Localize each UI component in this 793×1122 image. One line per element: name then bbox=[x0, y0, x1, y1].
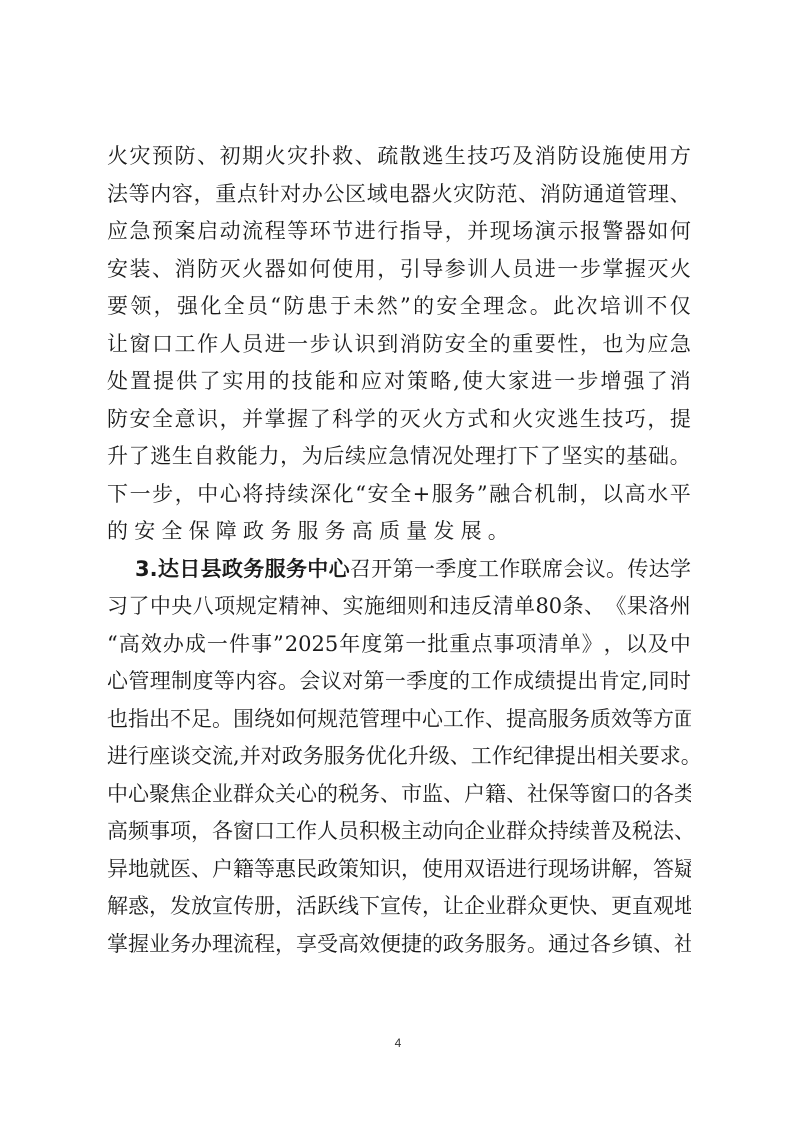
section-heading: 3.达日县政务服务中心 bbox=[135, 557, 350, 581]
document-page: 火灾预防、初期火灾扑救、疏散逃生技巧及消防设施使用方 法等内容，重点针对办公区域… bbox=[0, 0, 793, 1122]
text-line: 掌握业务办理流程，享受高效便捷的政务服务。通过各乡镇、社 bbox=[107, 926, 691, 964]
paragraph-darri-meeting: 3.达日县政务服务中心召开第一季度工作联席会议。传达学 习了中央八项规定精神、实… bbox=[107, 551, 691, 964]
text-line: 让窗口工作人员进一步认识到消防安全的重要性，也为应急 bbox=[107, 326, 691, 364]
text-line: 异地就医、户籍等惠民政策知识，使用双语进行现场讲解，答疑 bbox=[107, 851, 691, 889]
text-line: 防安全意识，并掌握了科学的灭火方式和火灾逃生技巧，提 bbox=[107, 401, 691, 439]
text-line: 升了逃生自救能力，为后续应急情况处理打下了坚实的基础。 bbox=[107, 438, 691, 476]
text-line: 进行座谈交流,并对政务服务优化升级、工作纪律提出相关要求。 bbox=[107, 738, 691, 776]
body-text: 火灾预防、初期火灾扑救、疏散逃生技巧及消防设施使用方 法等内容，重点针对办公区域… bbox=[107, 138, 691, 963]
text-line: “高效办成一件事”2025年度第一批重点事项清单》，以及中 bbox=[107, 626, 691, 664]
text-line: 心管理制度等内容。会议对第一季度的工作成绩提出肯定,同时 bbox=[107, 663, 691, 701]
text-line: 中心聚焦企业群众关心的税务、市监、户籍、社保等窗口的各类 bbox=[107, 776, 691, 814]
paragraph-fire-training: 火灾预防、初期火灾扑救、疏散逃生技巧及消防设施使用方 法等内容，重点针对办公区域… bbox=[107, 138, 691, 551]
text-line: 下一步，中心将持续深化“安全+服务”融合机制，以高水平 bbox=[107, 476, 691, 514]
text-line: 应急预案启动流程等环节进行指导，并现场演示报警器如何 bbox=[107, 213, 691, 251]
text-line: 习了中央八项规定精神、实施细则和违反清单80条、《果洛州 bbox=[107, 588, 691, 626]
text-span: 召开第一季度工作联席会议。传达学 bbox=[350, 557, 691, 581]
text-line: 解惑，发放宣传册，活跃线下宣传，让企业群众更快、更直观地 bbox=[107, 888, 691, 926]
text-line: 也指出不足。围绕如何规范管理中心工作、提高服务质效等方面 bbox=[107, 701, 691, 739]
text-line: 法等内容，重点针对办公区域电器火灾防范、消防通道管理、 bbox=[107, 176, 691, 214]
text-line: 安装、消防灭火器如何使用，引导参训人员进一步掌握灭火 bbox=[107, 251, 691, 289]
text-line: 火灾预防、初期火灾扑救、疏散逃生技巧及消防设施使用方 bbox=[107, 138, 691, 176]
page-number: 4 bbox=[390, 1036, 406, 1050]
text-line: 的安全保障政务服务高质量发展。 bbox=[107, 513, 691, 551]
text-line-heading: 3.达日县政务服务中心召开第一季度工作联席会议。传达学 bbox=[107, 551, 691, 589]
text-line: 处置提供了实用的技能和应对策略,使大家进一步增强了消 bbox=[107, 363, 691, 401]
text-line: 高频事项，各窗口工作人员积极主动向企业群众持续普及税法、 bbox=[107, 813, 691, 851]
text-line: 要领，强化全员“防患于未然”的安全理念。此次培训不仅 bbox=[107, 288, 691, 326]
